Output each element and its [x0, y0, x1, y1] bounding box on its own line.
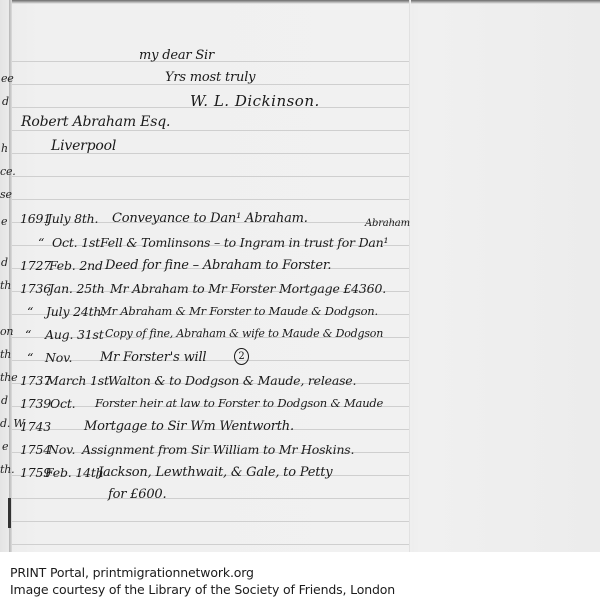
entry-year: “ [38, 235, 44, 250]
margin-fragment: th [0, 279, 11, 292]
ruled-line [12, 498, 409, 499]
entry-text: Mortgage to Sir Wm Wentworth. [84, 419, 294, 434]
ruled-line [12, 130, 409, 131]
margin-fragment: th. [0, 463, 14, 476]
margin-fragment: d [1, 256, 8, 269]
margin-fragment: ee [1, 72, 14, 85]
ruled-line [12, 521, 409, 522]
margin-fragment: d [1, 394, 8, 407]
entry-text: for £600. [108, 487, 166, 502]
entry-year: 1743 [20, 419, 51, 434]
page-top-edge [10, 0, 600, 4]
caption-credit: Image courtesy of the Library of the Soc… [10, 582, 395, 597]
margin-fragment: se [0, 188, 12, 201]
ruled-line [12, 544, 409, 545]
margin-fragment: ce. [0, 165, 16, 178]
entry-text: Copy of fine, Abraham & wife to Maude & … [105, 327, 383, 340]
entry-text: Jackson, Lewthwait, & Gale, to Petty [98, 465, 332, 480]
entry-year: “ [25, 327, 31, 342]
ruled-line [12, 176, 409, 177]
entry-text: Fell & Tomlinsons – to Ingram in trust f… [100, 235, 388, 250]
entry-date: July 8th. [47, 211, 98, 226]
gutter-shadow [8, 498, 11, 528]
page-fold [409, 0, 411, 552]
margin-fragment: h [1, 142, 8, 155]
addressee-name: Robert Abraham Esq. [21, 114, 170, 130]
entry-year: 1736 [20, 281, 51, 296]
circled-note: 2 [234, 348, 249, 365]
signature: W. L. Dickinson. [190, 92, 320, 110]
margin-fragment: the [0, 371, 17, 384]
valediction: Yrs most truly [165, 70, 255, 85]
entry-text: Forster heir at law to Forster to Dodgso… [95, 396, 383, 410]
entry-date: Oct. 1st [52, 235, 100, 250]
entry-date: July 24th. [46, 304, 105, 319]
entry-text: Mr Abraham & Mr Forster to Maude & Dodgs… [100, 304, 378, 318]
entry-year: 1739 [20, 396, 51, 411]
circled-number: 2 [234, 347, 249, 365]
ruled-line [12, 199, 409, 200]
entry-year: 1754 [20, 442, 51, 457]
salutation: my dear Sir [139, 48, 214, 63]
entry-date: Nov. [45, 350, 72, 365]
entry-text: Mr Abraham to Mr Forster Mortgage £4360. [110, 281, 386, 296]
entry-date: Feb. 2nd [49, 258, 103, 273]
entry-date: Feb. 14th [45, 465, 104, 480]
margin-fragment: d [2, 95, 9, 108]
entry-year: “ [27, 350, 33, 365]
entry-text: Conveyance to Dan¹ Abraham. [112, 211, 308, 226]
entry-year: 1727 [20, 258, 51, 273]
entry-date: Aug. 31st [45, 327, 104, 342]
entry-date: Jan. 25th [49, 281, 105, 296]
caption-source: PRINT Portal, printmigrationnetwork.org [10, 565, 254, 580]
entry-text: Walton & to Dodgson & Maude, release. [108, 373, 356, 388]
entry-date: Oct. [50, 396, 75, 411]
entry-text: Mr Forster's will [100, 350, 206, 365]
margin-fragment: e [2, 440, 8, 453]
margin-fragment: e [1, 215, 7, 228]
entry-note: Abraham [365, 218, 410, 229]
margin-fragment: th [0, 348, 11, 361]
entry-date: March 1st [46, 373, 109, 388]
entry-text: Deed for fine – Abraham to Forster. [105, 258, 331, 273]
entry-year: “ [27, 304, 33, 319]
document-scan: ee d h ce. se e d th on th the d d. W e … [0, 0, 600, 552]
entry-text: Assignment from Sir William to Mr Hoskin… [82, 442, 354, 457]
addressee-place: Liverpool [51, 138, 116, 154]
margin-fragment: on [0, 325, 13, 338]
entry-date: Nov. [48, 442, 75, 457]
